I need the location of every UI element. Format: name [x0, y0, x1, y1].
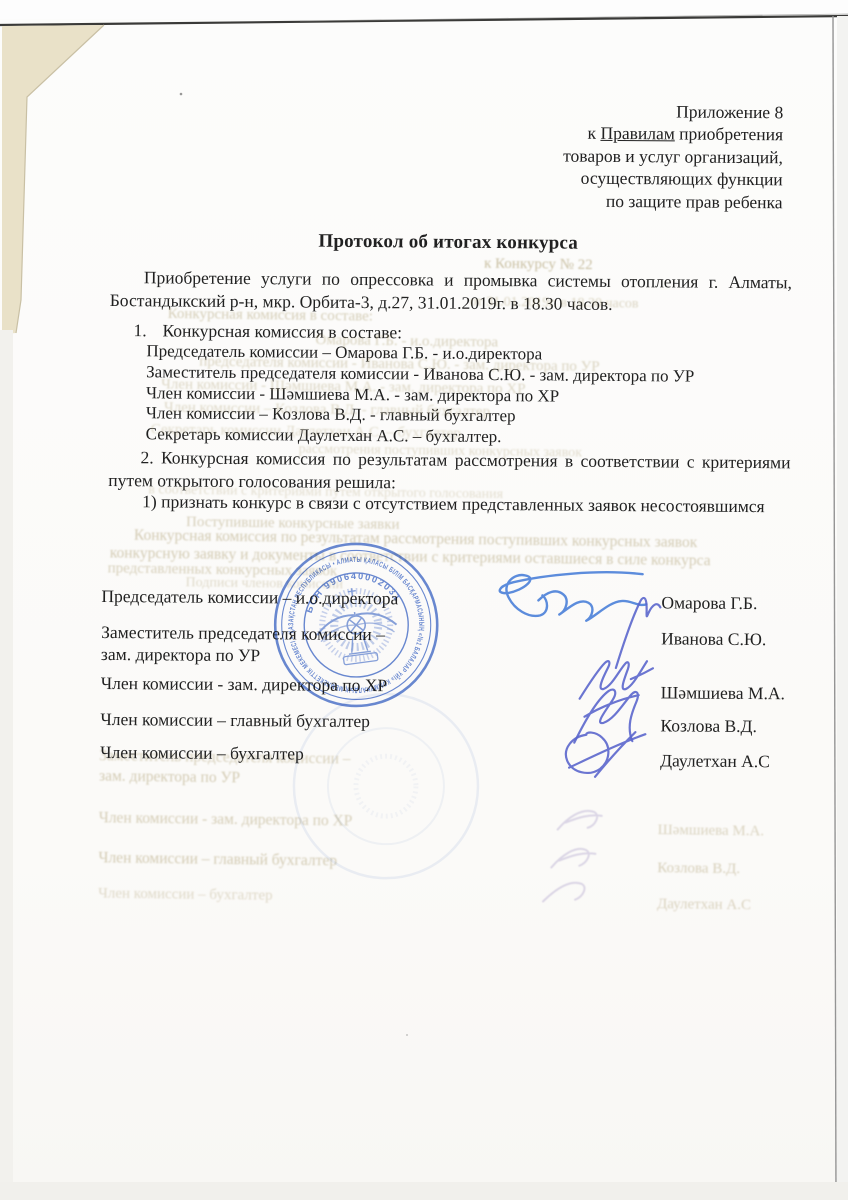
handwritten-signatures-layer	[0, 0, 848, 1200]
signature-scribble-omarova	[500, 571, 647, 621]
document-content: Приложение 8 к Правилам приобретения тов…	[0, 0, 848, 1200]
ghost-signature-3	[543, 883, 584, 902]
ghost-stamp-center	[356, 756, 416, 816]
ghost-stamp-outer	[293, 693, 478, 878]
signature-scribble-dauletkhan	[566, 732, 646, 778]
ghost-signature-2	[551, 849, 595, 868]
ghost-signature-1	[558, 811, 602, 830]
ghost-stamp-inner	[328, 728, 445, 845]
signature-scribble-ivanova	[616, 598, 661, 669]
scanned-document-page: Приложение 8 к Правилам приобретения тов…	[0, 0, 848, 1200]
